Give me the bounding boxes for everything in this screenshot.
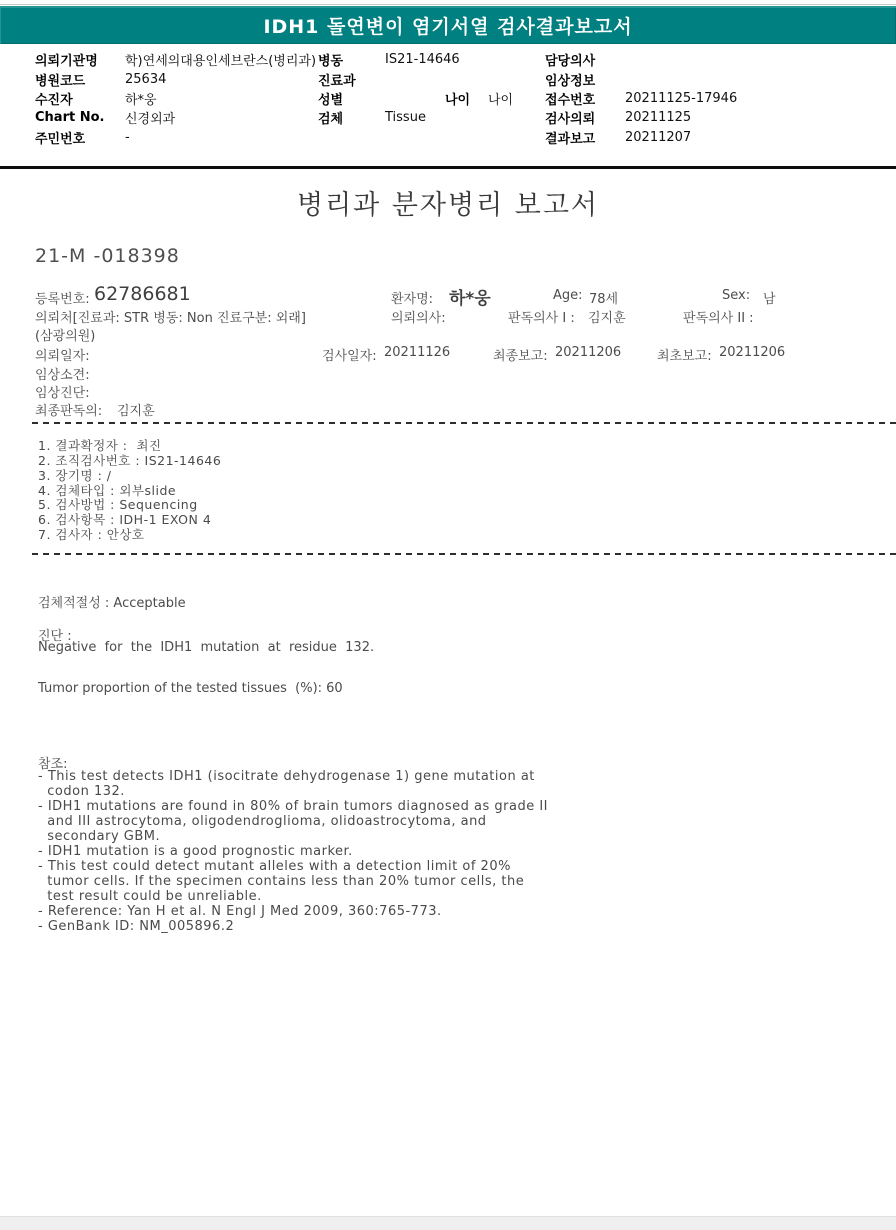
reg-no-value: 62786681	[94, 283, 191, 305]
field-label: 검체	[318, 108, 385, 127]
field-label: 임상정보	[545, 70, 625, 89]
field-value: 20211125-17946	[625, 91, 737, 106]
report-title: 병리과 분자병리 보고서	[0, 183, 896, 222]
page-bottom-strip	[0, 1216, 896, 1230]
field-label: 진료과	[318, 70, 385, 89]
field-value: -	[125, 130, 130, 145]
reader2-label: 판독의사 II :	[683, 307, 754, 326]
reference-line: - GenBank ID: NM_005896.2	[38, 919, 234, 934]
header-row: 병동 IS21-14646	[318, 50, 460, 69]
field-label: 담당의사	[545, 50, 625, 69]
field-value: IS21-14646	[385, 52, 460, 67]
request-date-label: 의뢰일자:	[35, 345, 90, 364]
detail-line: 7. 검사자 : 안상호	[38, 525, 145, 543]
field-value: 20211125	[625, 110, 691, 125]
header-row: 진료과	[318, 69, 460, 88]
tumor-proportion: Tumor proportion of the tested tissues (…	[38, 681, 343, 696]
reader1-label: 판독의사 I :	[508, 307, 575, 326]
age-label: 나이	[445, 89, 470, 108]
header-row: 주민번호 -	[35, 128, 316, 147]
clinical-finding-label: 임상소견:	[35, 364, 90, 383]
specimen-adequacy: 검체적절성 : Acceptable	[38, 592, 186, 611]
diagnosis-result: Negative for the IDH1 mutation at residu…	[38, 640, 374, 655]
header-row: 접수번호 20211125-17946	[545, 89, 737, 108]
report-header-bar: IDH1 돌연변이 염기서열 검사결과보고서	[0, 6, 896, 44]
field-label: 성별	[318, 89, 385, 108]
final-reader-value: 김지훈	[117, 400, 155, 419]
field-label: 접수번호	[545, 89, 625, 108]
reference-line: tumor cells. If the specimen contains le…	[38, 874, 524, 889]
patient-name-label: 환자명:	[391, 288, 433, 307]
field-label: Chart No.	[35, 110, 125, 125]
age-value: 나이	[488, 89, 513, 108]
field-value: 학)연세의대용인세브란스(병리과)	[125, 50, 316, 69]
field-value: 20211207	[625, 130, 691, 145]
age-label: Age:	[553, 288, 583, 303]
final-report-label: 최종보고:	[493, 345, 548, 364]
header-row: 수진자 하*웅	[35, 89, 316, 108]
header-col-3: 담당의사 임상정보 접수번호 20211125-17946 검사의뢰 20211…	[545, 50, 737, 147]
age-value: 78세	[589, 288, 618, 307]
dashed-divider	[32, 422, 896, 424]
reference-line: - This test could detect mutant alleles …	[38, 859, 511, 874]
reference-line: - This test detects IDH1 (isocitrate deh…	[38, 769, 535, 784]
field-label: 병동	[318, 50, 385, 69]
header-col-1: 의뢰기관명 학)연세의대용인세브란스(병리과) 병원코드 25634 수진자 하…	[35, 50, 316, 147]
reg-no-label: 등록번호:	[35, 288, 90, 307]
field-label: 주민번호	[35, 128, 125, 147]
header-row: 결과보고 20211207	[545, 128, 737, 147]
field-value: Tissue	[385, 110, 426, 125]
final-report-value: 20211206	[555, 345, 621, 360]
reference-line: secondary GBM.	[38, 829, 160, 844]
header-row: Chart No. 신경외과	[35, 108, 316, 127]
section-divider	[0, 166, 896, 169]
reference-line: - Reference: Yan H et al. N Engl J Med 2…	[38, 904, 442, 919]
report-header-title: IDH1 돌연변이 염기서열 검사결과보고서	[263, 12, 632, 39]
referrer-line: 의뢰처[진료과: STR 병동: Non 진료구분: 외래]	[35, 307, 306, 326]
field-value: 25634	[125, 72, 166, 87]
request-doctor-label: 의뢰의사:	[391, 307, 446, 326]
reference-line: codon 132.	[38, 784, 125, 799]
exam-date-label: 검사일자:	[322, 345, 377, 364]
sex-label: Sex:	[722, 288, 750, 303]
header-row: 담당의사	[545, 50, 737, 69]
field-label: 검사의뢰	[545, 108, 625, 127]
first-report-value: 20211206	[719, 345, 785, 360]
header-row-gender-age: 성별 나이 나이	[318, 89, 460, 108]
patient-name-value: 하*웅	[449, 284, 491, 309]
field-value: 하*웅	[125, 89, 157, 108]
field-value: 신경외과	[125, 108, 175, 127]
reference-line: - IDH1 mutations are found in 80% of bra…	[38, 799, 548, 814]
dashed-divider	[32, 553, 896, 555]
header-row: 의뢰기관명 학)연세의대용인세브란스(병리과)	[35, 50, 316, 69]
field-label: 의뢰기관명	[35, 50, 125, 69]
clinical-dx-label: 임상진단:	[35, 382, 90, 401]
report-page: IDH1 돌연변이 염기서열 검사결과보고서 의뢰기관명 학)연세의대용인세브란…	[0, 0, 896, 1230]
field-label: 수진자	[35, 89, 125, 108]
reference-line: and III astrocytoma, oligodendroglioma, …	[38, 814, 487, 829]
field-label: 결과보고	[545, 128, 625, 147]
first-report-label: 최초보고:	[657, 345, 712, 364]
reader1-value: 김지훈	[588, 307, 626, 326]
final-reader-label: 최종판독의:	[35, 400, 102, 419]
header-row: 검체 Tissue	[318, 108, 460, 127]
header-row: 임상정보	[545, 69, 737, 88]
exam-date-value: 20211126	[384, 345, 450, 360]
header-row: 검사의뢰 20211125	[545, 108, 737, 127]
header-col-2: 병동 IS21-14646 진료과 성별 나이 나이 검체 Tissue	[318, 50, 460, 128]
field-label: 병원코드	[35, 70, 125, 89]
sex-value: 남	[763, 288, 776, 307]
header-row: 병원코드 25634	[35, 69, 316, 88]
clinic-name: (삼광의원)	[35, 325, 95, 344]
page-top-strip	[0, 0, 896, 5]
reference-line: - IDH1 mutation is a good prognostic mar…	[38, 844, 353, 859]
reference-line: test result could be unreliable.	[38, 889, 262, 904]
report-number: 21-M -018398	[35, 245, 180, 267]
